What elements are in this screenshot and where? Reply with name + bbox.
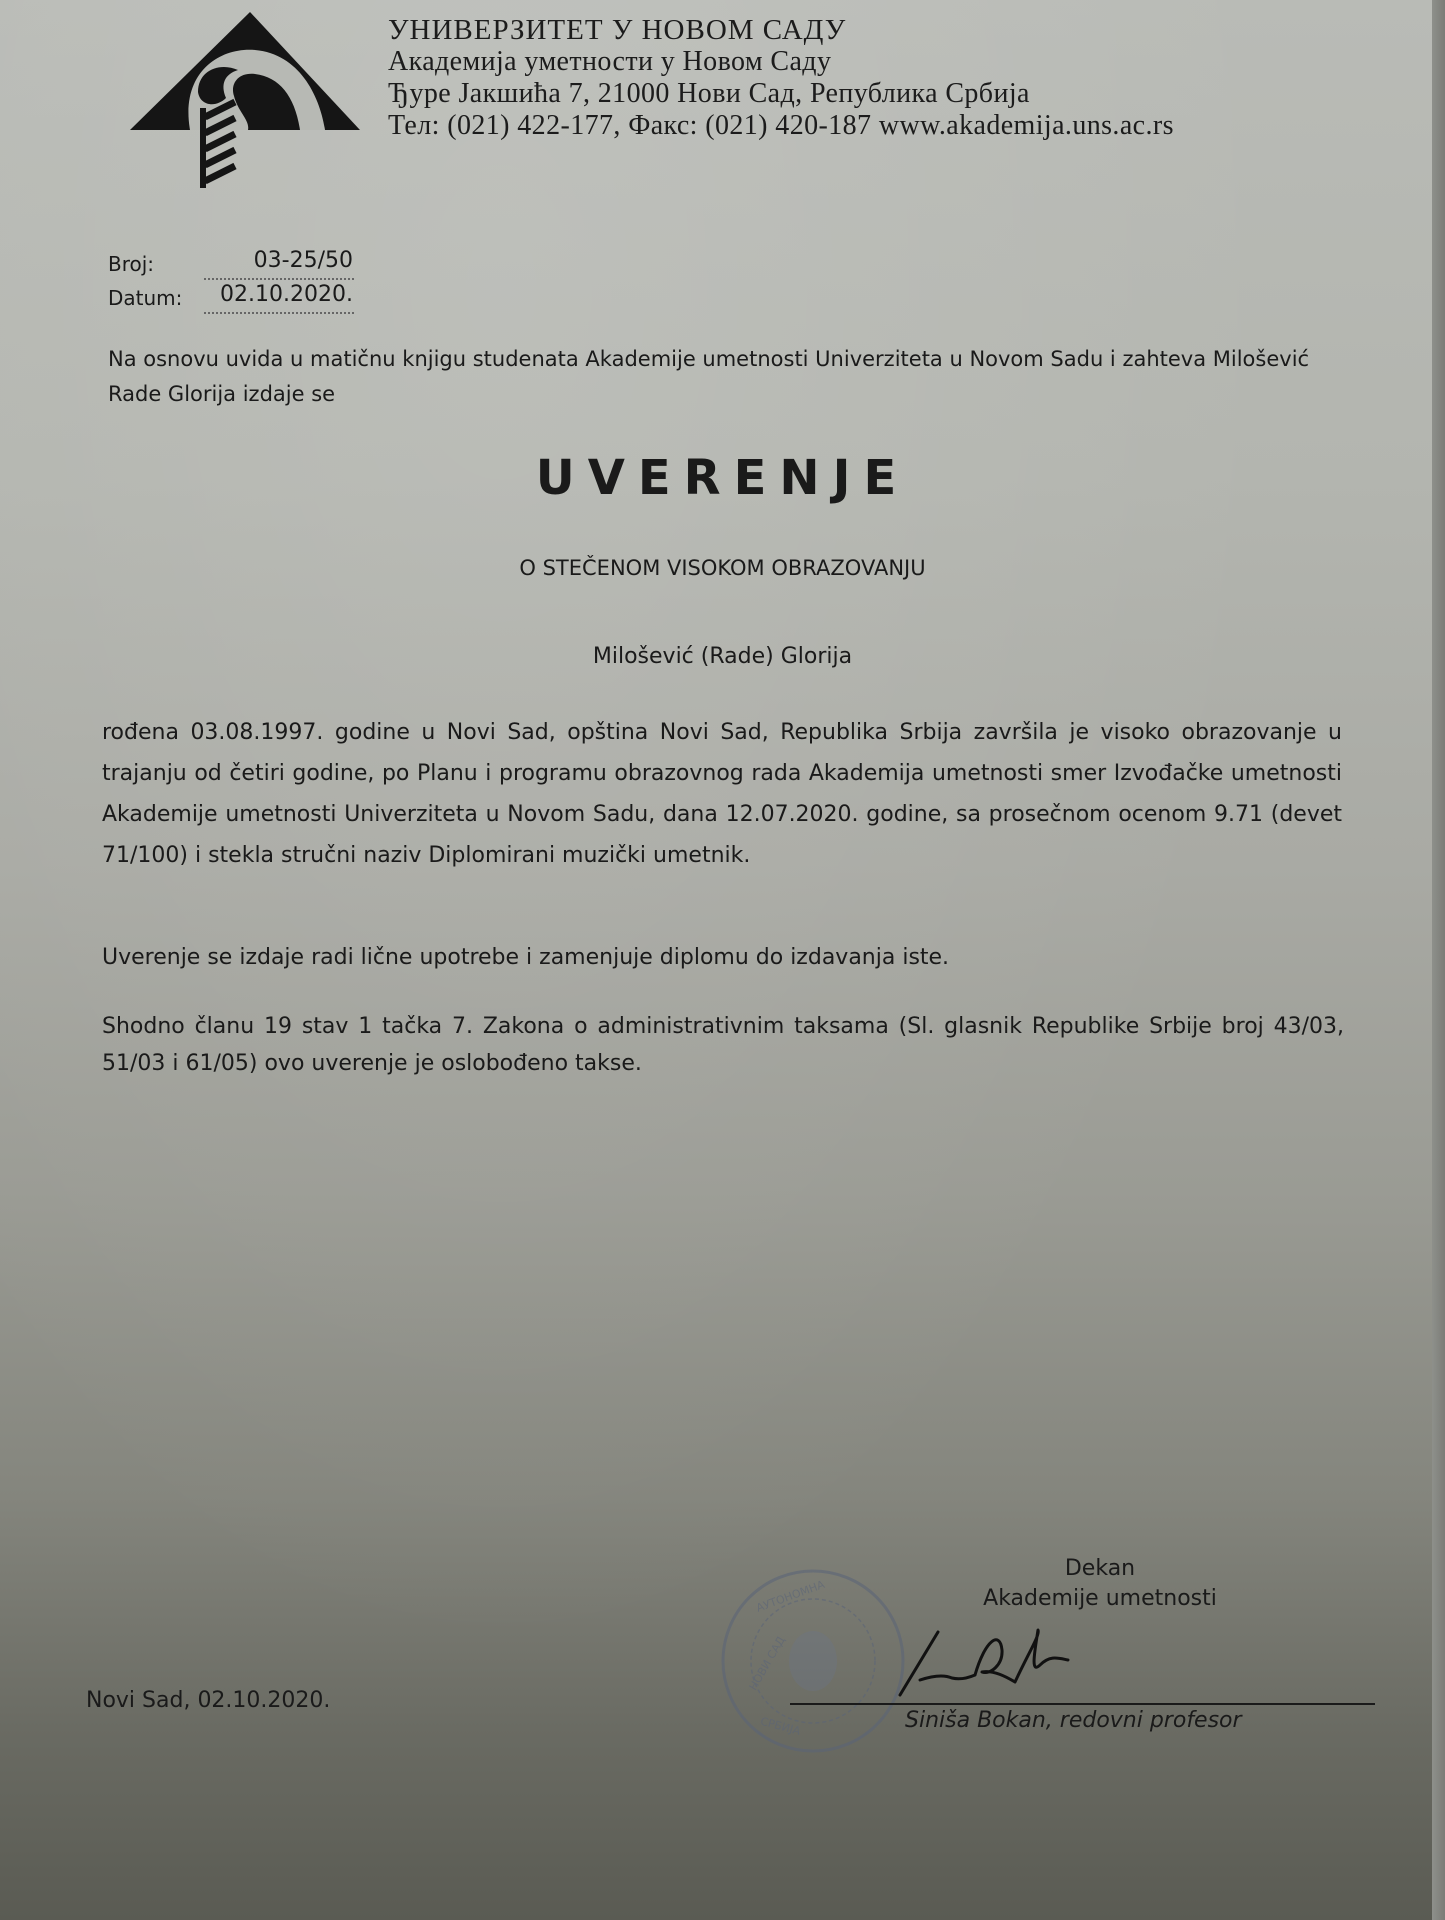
holder-name: Milošević (Rade) Glorija — [0, 644, 1445, 669]
document-title: UVERENJE — [0, 450, 1445, 506]
tax-paragraph: Shodno članu 19 stav 1 tačka 7. Zakona o… — [102, 1008, 1344, 1082]
academy-address: Ђуре Јакшића 7, 21000 Нови Сад, Републик… — [388, 78, 1174, 110]
academy-name: Академија уметности у Новом Саду — [388, 46, 1174, 78]
letterhead: УНИВЕРЗИТЕТ У НОВОМ САДУ Академија уметн… — [388, 14, 1174, 142]
dotted-rule — [204, 278, 354, 280]
svg-text:СРБИЈА: СРБИЈА — [759, 1715, 802, 1738]
signature-line — [790, 1703, 1375, 1705]
svg-text:НОВИ САД: НОВИ САД — [747, 1634, 788, 1693]
dean-title: Dekan Akademije umetnosti — [940, 1554, 1260, 1614]
dotted-rule — [204, 312, 354, 314]
document-subtitle: O STEČENOM VISOKOM OBRAZOVANJU — [0, 556, 1445, 580]
dean-title-line1: Dekan — [940, 1554, 1260, 1584]
main-paragraph: rođena 03.08.1997. godine u Novi Sad, op… — [102, 712, 1342, 876]
place-date: Novi Sad, 02.10.2020. — [86, 1688, 330, 1713]
academy-contact: Тел: (021) 422-177, Факс: (021) 420-187 … — [388, 110, 1174, 142]
number-value: 03-25/50 — [254, 248, 353, 273]
university-name: УНИВЕРЗИТЕТ У НОВОМ САДУ — [388, 14, 1174, 46]
signatory-name: Siniša Bokan, redovni profesor — [905, 1708, 1242, 1733]
academy-logo-icon — [130, 12, 360, 202]
signature-icon — [890, 1620, 1130, 1710]
date-label: Datum: — [108, 286, 182, 310]
date-value: 02.10.2020. — [220, 282, 353, 307]
number-label: Broj: — [108, 252, 154, 276]
page-edge — [1432, 0, 1445, 1920]
official-stamp-icon: АУТОНОМНА НОВИ САД СРБИЈА — [718, 1566, 908, 1756]
purpose-paragraph: Uverenje se izdaje radi lične upotrebe i… — [102, 945, 1342, 970]
dean-title-line2: Akademije umetnosti — [940, 1584, 1260, 1614]
intro-paragraph: Na osnovu uvida u matičnu knjigu studena… — [108, 342, 1338, 412]
